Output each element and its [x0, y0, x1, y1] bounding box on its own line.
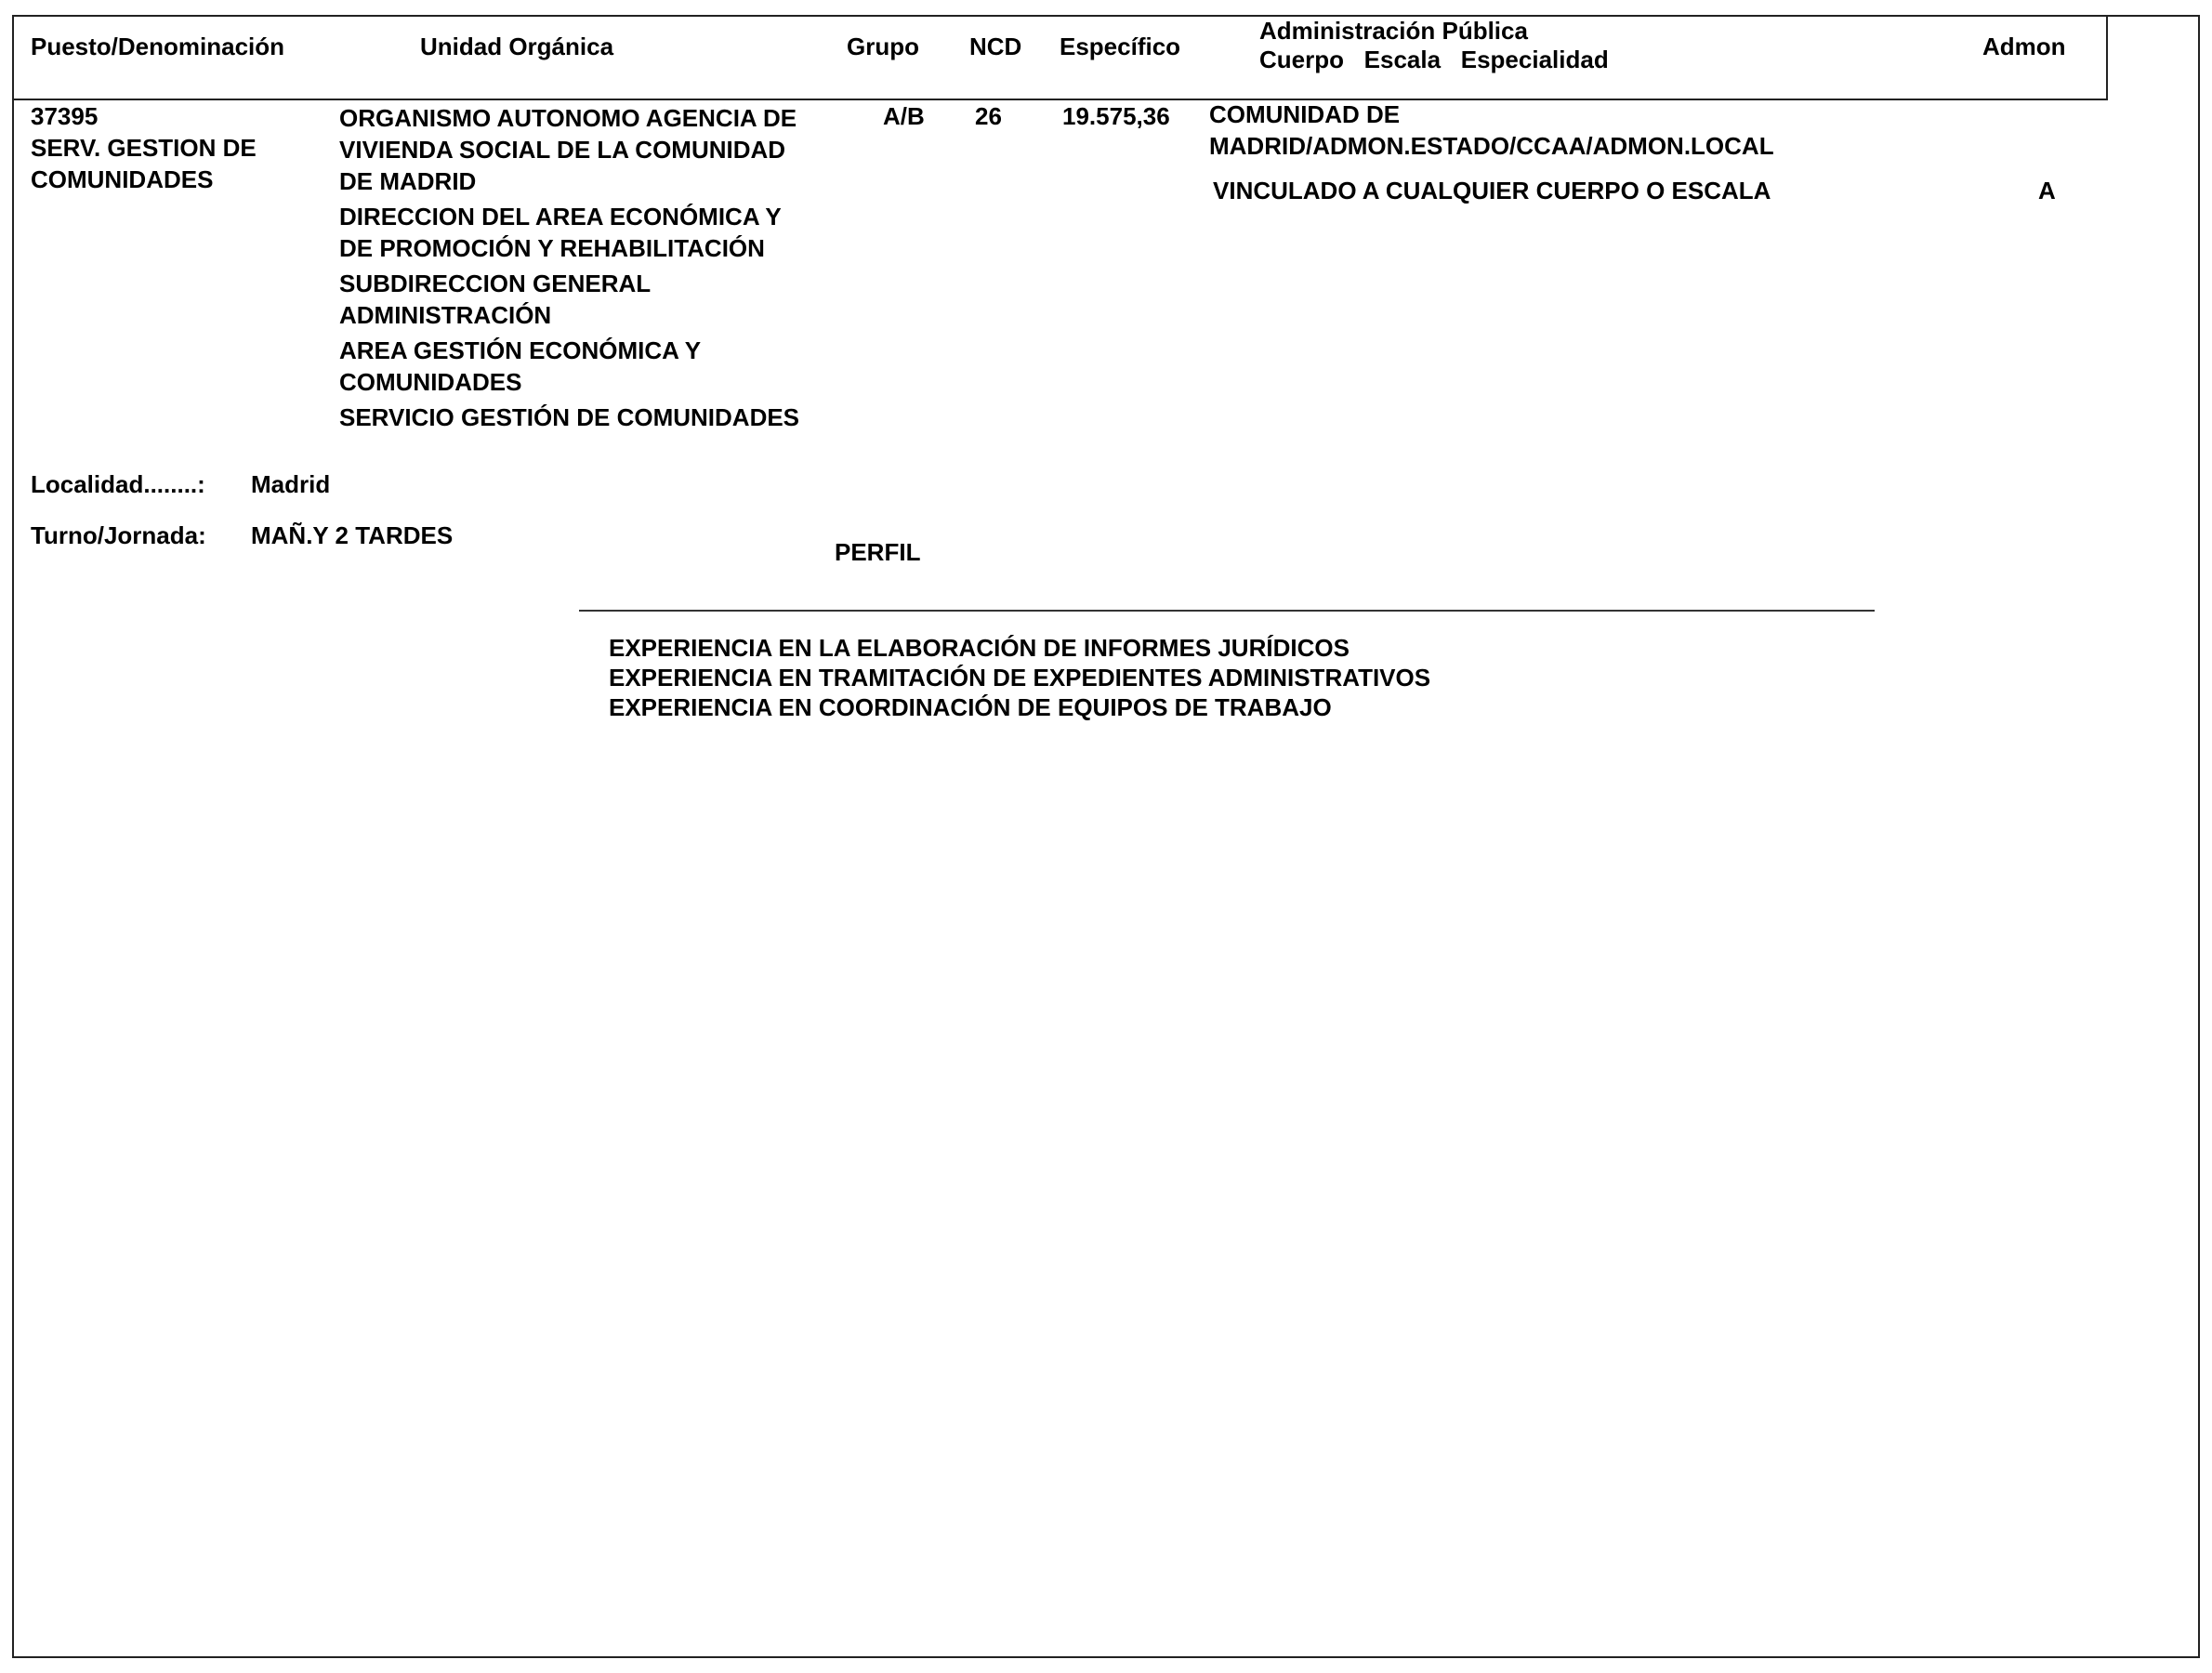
perfil-title: PERFIL — [835, 537, 920, 567]
unidad-line: SUBDIRECCION GENERAL — [339, 268, 860, 299]
unidad-item: AREA GESTIÓN ECONÓMICA Y COMUNIDADES — [339, 335, 860, 398]
localidad-value: Madrid — [251, 469, 330, 499]
unidad-line: COMUNIDADES — [339, 366, 860, 398]
unidad-item: ORGANISMO AUTONOMO AGENCIA DE VIVIENDA S… — [339, 102, 860, 197]
header-unidad-organica: Unidad Orgánica — [420, 33, 613, 60]
perfil-divider — [579, 610, 1875, 612]
header-ncd: NCD — [969, 33, 1021, 60]
administracion-line: COMUNIDAD DE — [1209, 99, 1774, 130]
especifico-value: 19.575,36 — [1062, 100, 1170, 132]
header-especifico: Específico — [1060, 33, 1180, 60]
localidad-label: Localidad........: — [31, 469, 205, 499]
unidad-line: SERVICIO GESTIÓN DE COMUNIDADES — [339, 402, 860, 433]
perfil-item: EXPERIENCIA EN TRAMITACIÓN DE EXPEDIENTE… — [609, 663, 1430, 692]
header-cuerpo-escala-especialidad: Cuerpo Escala Especialidad — [1259, 46, 1609, 73]
header-administracion-publica: Administración Pública — [1259, 17, 1528, 45]
perfil-item: EXPERIENCIA EN COORDINACIÓN DE EQUIPOS D… — [609, 692, 1430, 722]
header-puesto: Puesto/Denominación — [31, 33, 284, 60]
unidad-item: DIRECCION DEL AREA ECONÓMICA Y DE PROMOC… — [339, 201, 860, 264]
ncd-value: 26 — [975, 100, 1002, 132]
perfil-item: EXPERIENCIA EN LA ELABORACIÓN DE INFORME… — [609, 633, 1430, 663]
cuerpo-value: VINCULADO A CUALQUIER CUERPO O ESCALA — [1213, 175, 1771, 206]
grupo-value: A/B — [883, 100, 925, 132]
turno-value: MAÑ.Y 2 TARDES — [251, 520, 453, 550]
header-admon: Admon — [1982, 33, 2066, 60]
unidad-line: DIRECCION DEL AREA ECONÓMICA Y — [339, 201, 860, 232]
unidad-line: VIVIENDA SOCIAL DE LA COMUNIDAD — [339, 134, 860, 165]
unidad-item: SERVICIO GESTIÓN DE COMUNIDADES — [339, 402, 860, 433]
puesto-name-line: SERV. GESTION DE — [31, 132, 257, 164]
header-grupo: Grupo — [847, 33, 919, 60]
unidad-line: AREA GESTIÓN ECONÓMICA Y — [339, 335, 860, 366]
puesto-name-line: COMUNIDADES — [31, 164, 257, 195]
unidad-item: SUBDIRECCION GENERAL ADMINISTRACIÓN — [339, 268, 860, 331]
puesto-cell: 37395 SERV. GESTION DE COMUNIDADES — [31, 100, 257, 195]
admon-value: A — [2038, 175, 2056, 206]
puesto-code: 37395 — [31, 100, 257, 132]
unidad-line: DE PROMOCIÓN Y REHABILITACIÓN — [339, 232, 860, 264]
turno-label: Turno/Jornada: — [31, 520, 206, 550]
unidad-line: ORGANISMO AUTONOMO AGENCIA DE — [339, 102, 860, 134]
unidad-line: DE MADRID — [339, 165, 860, 197]
administracion-line: MADRID/ADMON.ESTADO/CCAA/ADMON.LOCAL — [1209, 130, 1774, 162]
perfil-list: EXPERIENCIA EN LA ELABORACIÓN DE INFORME… — [609, 633, 1430, 722]
unidad-line: ADMINISTRACIÓN — [339, 299, 860, 331]
administracion-cell: COMUNIDAD DE MADRID/ADMON.ESTADO/CCAA/AD… — [1209, 99, 1774, 162]
unidad-organica-cell: ORGANISMO AUTONOMO AGENCIA DE VIVIENDA S… — [339, 102, 860, 437]
